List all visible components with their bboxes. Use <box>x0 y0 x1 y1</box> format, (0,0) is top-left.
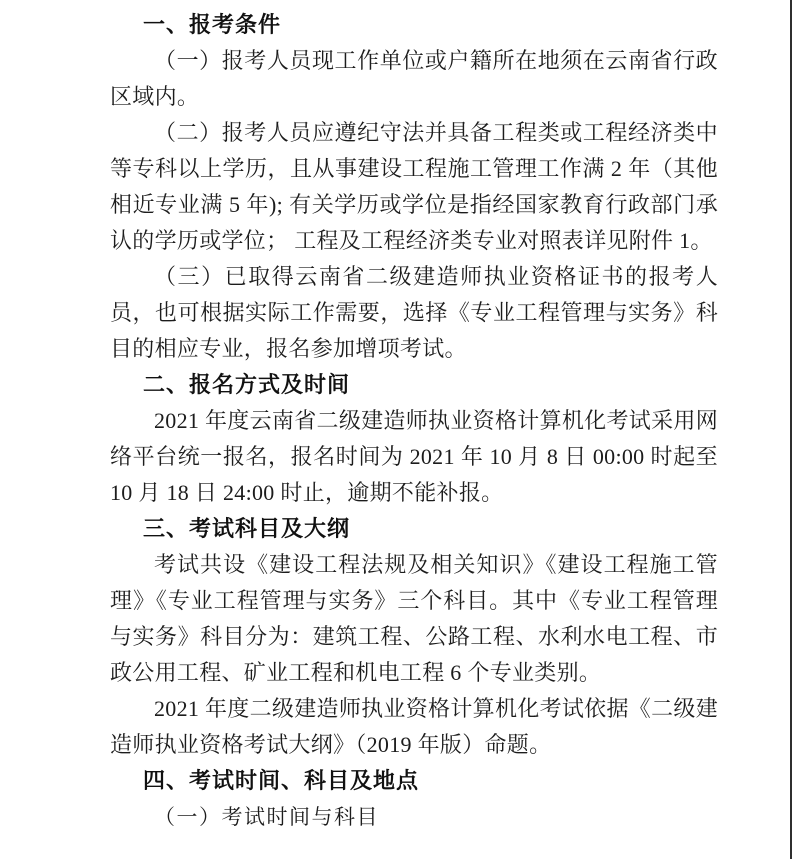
section-heading-registration-method: 二、报名方式及时间 <box>110 367 718 403</box>
section-heading-application-conditions: 一、报考条件 <box>110 7 718 43</box>
paragraph-registration-time: 2021 年度云南省二级建造师执业资格计算机化考试采用网络平台统一报名，报名时间… <box>110 403 718 511</box>
section-heading-exam-subjects: 三、考试科目及大纲 <box>110 511 718 547</box>
document-page: 一、报考条件 （一）报考人员现工作单位或户籍所在地须在云南省行政区域内。 （二）… <box>0 0 793 859</box>
paragraph-condition-1: （一）报考人员现工作单位或户籍所在地须在云南省行政区域内。 <box>110 43 718 115</box>
page-right-edge-line <box>790 0 792 859</box>
section-heading-exam-time-location: 四、考试时间、科目及地点 <box>110 763 718 799</box>
paragraph-exam-subjects: 考试共设《建设工程法规及相关知识》《建设工程施工管理》《专业工程管理与实务》三个… <box>110 547 718 691</box>
subheading-exam-time-subjects: （一）考试时间与科目 <box>110 799 718 835</box>
paragraph-condition-3: （三）已取得云南省二级建造师执业资格证书的报考人员，也可根据实际工作需要，选择《… <box>110 259 718 367</box>
paragraph-condition-2: （二）报考人员应遵纪守法并具备工程类或工程经济类中等专科以上学历，且从事建设工程… <box>110 115 718 259</box>
paragraph-exam-outline: 2021 年度二级建造师执业资格计算机化考试依据《二级建造师执业资格考试大纲》（… <box>110 691 718 763</box>
